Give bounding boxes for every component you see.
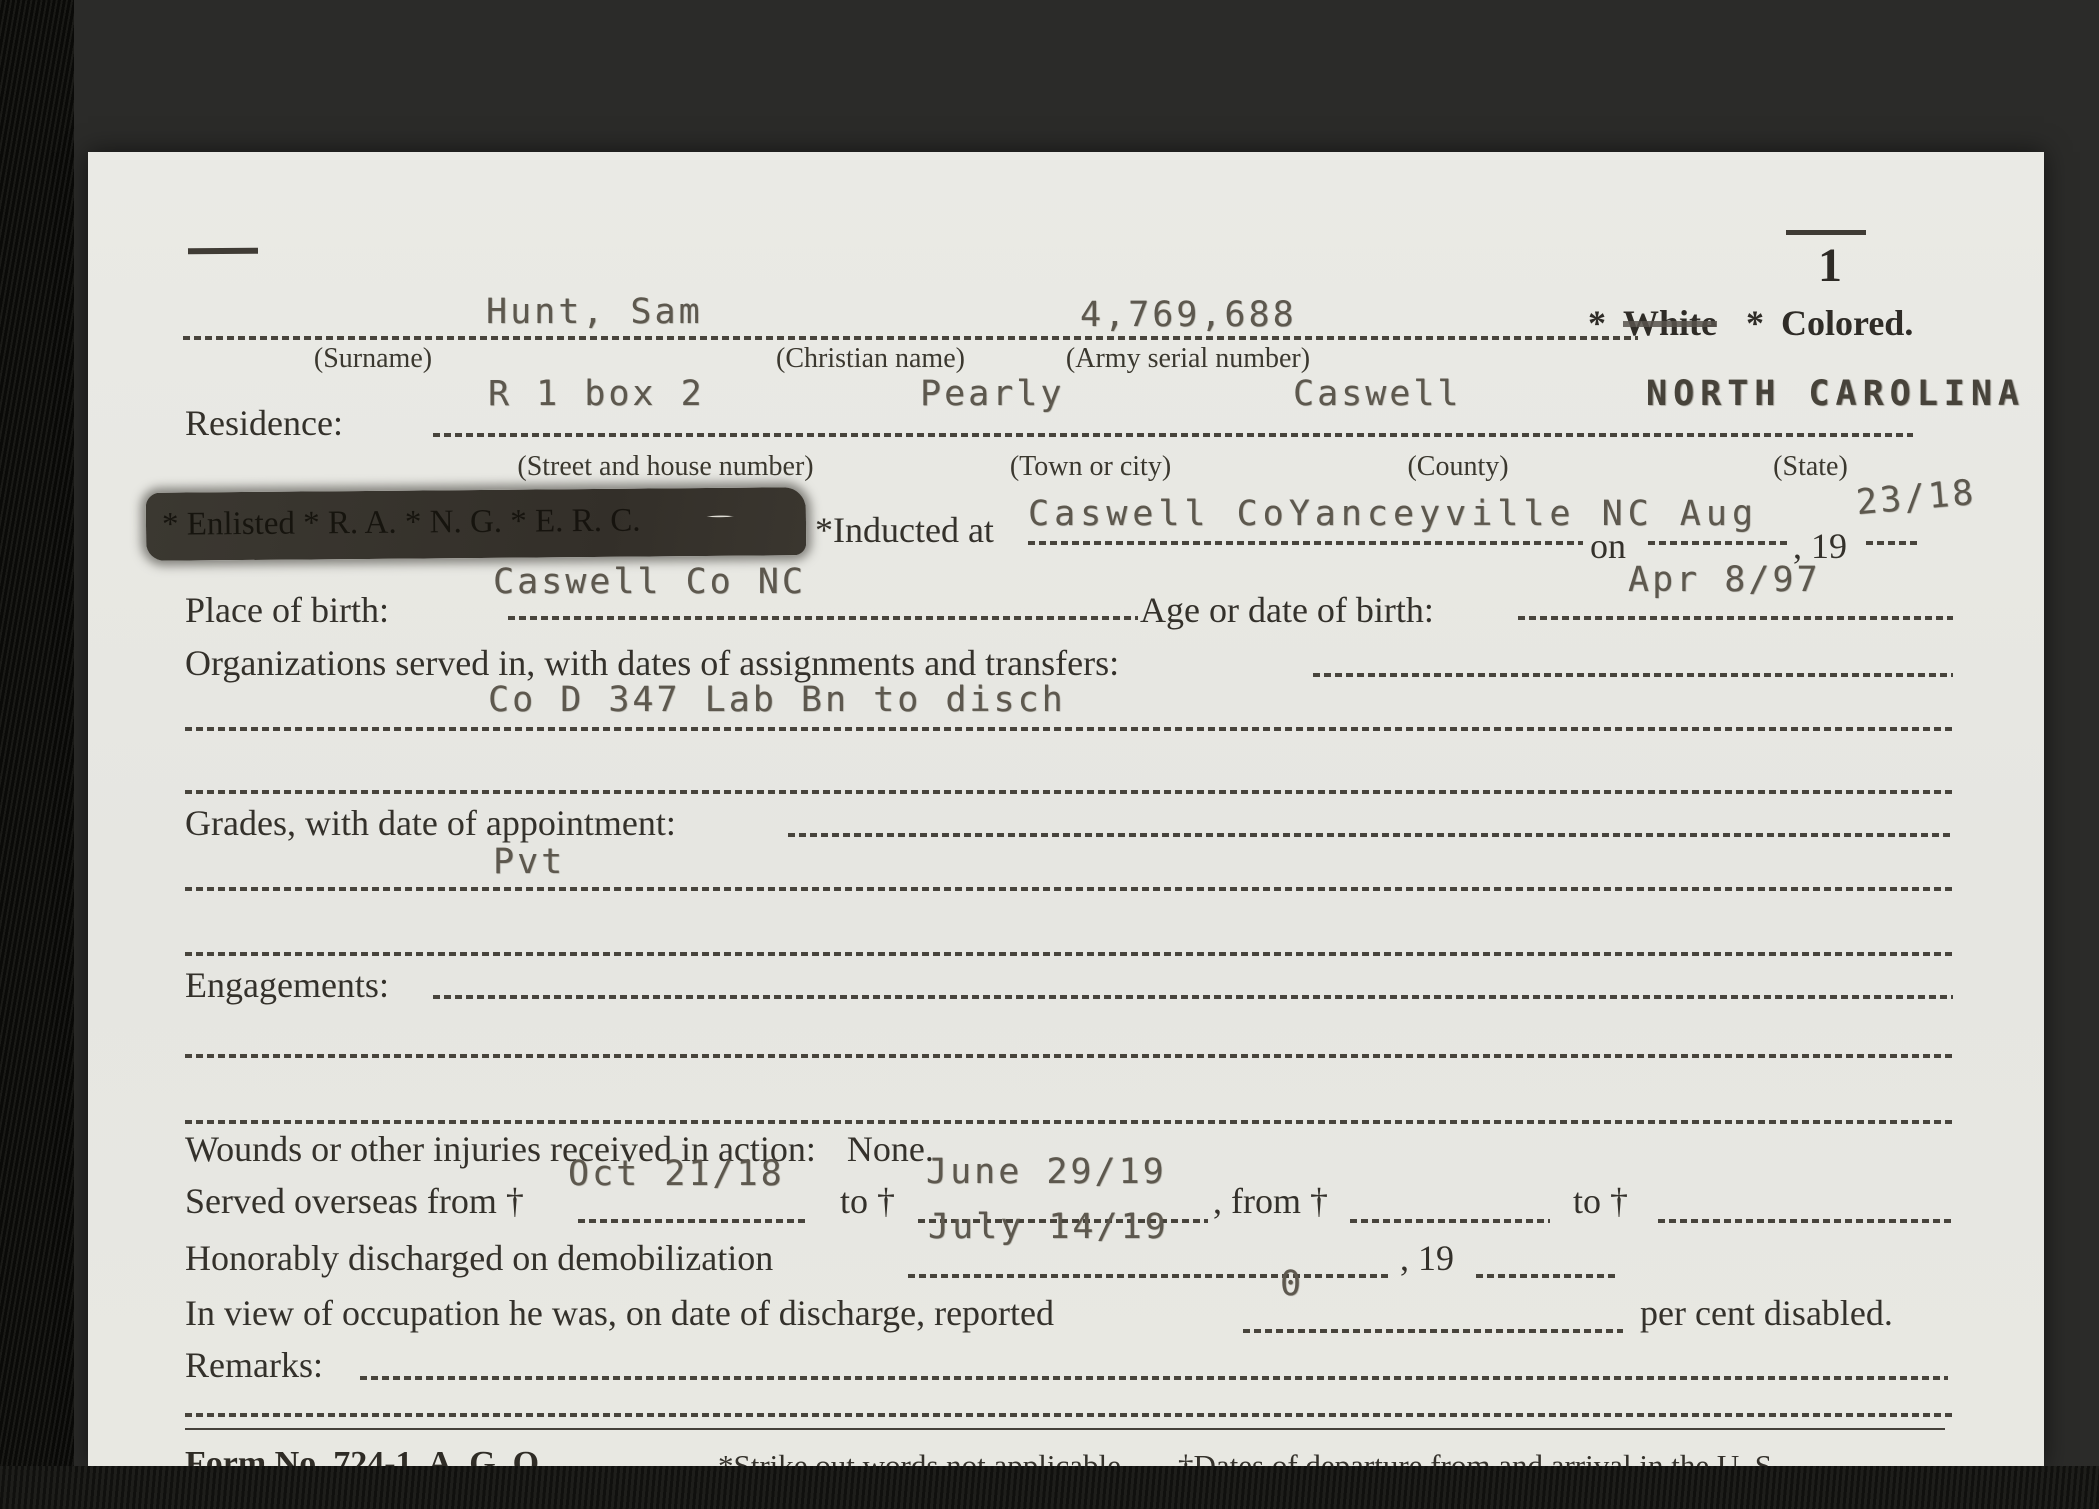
- army-serial-label: (Army serial number): [1023, 343, 1353, 375]
- grades-label: Grades, with date of appointment:: [185, 802, 676, 844]
- street-label: (Street and house number): [503, 451, 828, 483]
- grades-value: Pvt: [493, 842, 565, 882]
- dotted-fill-line: [1518, 616, 1953, 620]
- dotted-fill-line: [360, 1376, 1948, 1380]
- page-number-overline: [1786, 230, 1866, 235]
- induction-date-value: 23/18: [1856, 478, 1976, 518]
- place-of-birth-label: Place of birth:: [185, 589, 389, 631]
- dotted-fill-line: [185, 1413, 1953, 1417]
- dotted-fill-line: [1028, 541, 1583, 545]
- dotted-fill-line: [1476, 1274, 1616, 1278]
- dotted-fill-line: [1313, 673, 1953, 677]
- town-label: (Town or city): [963, 451, 1218, 483]
- organizations-label: Organizations served in, with dates of a…: [185, 642, 1119, 684]
- inducted-at-label: *Inducted at: [815, 509, 994, 551]
- page-number: 1: [1818, 238, 1842, 293]
- organizations-value: Co D 347 Lab Bn to disch: [488, 680, 1066, 720]
- disabled-label: In view of occupation he was, on date of…: [185, 1292, 1054, 1334]
- footnote-strike-out: *Strike out words not applicable.: [718, 1448, 1129, 1468]
- christian-name-label: (Christian name): [743, 343, 998, 375]
- place-of-birth-value: Caswell Co NC: [493, 562, 806, 602]
- dotted-fill-line: [1350, 1219, 1550, 1223]
- race-asterisk: *: [1588, 303, 1606, 343]
- dotted-fill-line: [185, 790, 1953, 794]
- redaction-smear: * Enlisted * R. A. * N. G. * E. R. C.: [146, 487, 807, 561]
- residence-street-value: R 1 box 2: [488, 374, 705, 414]
- dotted-fill-line: [508, 616, 1138, 620]
- service-record-card: 1 Hunt, Sam 4,769,688 * White * Colored.…: [88, 152, 2044, 1468]
- overseas-to-label: to †: [840, 1180, 895, 1222]
- discharge-label: Honorably discharged on demobilization: [185, 1237, 773, 1279]
- scan-bottom-edge-band: [0, 1466, 2099, 1509]
- overseas-to2-label: to †: [1573, 1180, 1628, 1222]
- dotted-fill-line: [1243, 1329, 1623, 1333]
- discharge-year-label: , 19: [1400, 1237, 1454, 1279]
- footnote-dates: †Dates of departure from and arrival in …: [1178, 1448, 1780, 1468]
- disabled-value: 0: [1280, 1264, 1304, 1304]
- residence-label: Residence:: [185, 402, 343, 444]
- check-dash-mark: [188, 248, 258, 254]
- remarks-label: Remarks:: [185, 1344, 323, 1386]
- scanned-service-record-page: 1 Hunt, Sam 4,769,688 * White * Colored.…: [0, 0, 2099, 1509]
- age-or-birth-label: Age or date of birth:: [1140, 589, 1434, 631]
- race-selection: * White * Colored.: [1588, 302, 1913, 344]
- dotted-fill-line: [433, 995, 1953, 999]
- overseas-from-value: Oct 21/18: [568, 1154, 785, 1194]
- age-or-birth-value: Apr 8/97: [1628, 560, 1821, 600]
- race-colored-option: Colored.: [1781, 303, 1913, 343]
- overseas-from2-label: , from †: [1213, 1180, 1328, 1222]
- residence-county-value: Caswell: [1293, 374, 1462, 414]
- scan-left-edge-band: [0, 0, 74, 1509]
- overseas-to-value: June 29/19: [926, 1152, 1167, 1192]
- residence-state-value: NORTH CAROLINA: [1646, 374, 2025, 414]
- footer-rule: [185, 1428, 1945, 1430]
- overseas-from-label: Served overseas from †: [185, 1180, 524, 1222]
- army-serial-value: 4,769,688: [1080, 295, 1297, 335]
- discharge-date-value: July 14/19: [928, 1207, 1169, 1247]
- dotted-fill-line: [1648, 541, 1788, 545]
- dotted-fill-line: [433, 433, 1913, 437]
- disabled-suffix: per cent disabled.: [1640, 1292, 1893, 1334]
- dotted-fill-line: [185, 1054, 1953, 1058]
- dotted-fill-line: [185, 1120, 1953, 1124]
- dotted-fill-line: [578, 1219, 808, 1223]
- struck-enlistment-options: * Enlisted * R. A. * N. G. * E. R. C.: [162, 503, 641, 544]
- surname-label: (Surname): [268, 343, 478, 375]
- dotted-fill-line: [185, 952, 1953, 956]
- engagements-label: Engagements:: [185, 964, 389, 1006]
- dotted-fill-line: [185, 887, 1953, 891]
- wounds-value: None.: [847, 1129, 934, 1169]
- dotted-fill-line: [1658, 1219, 1953, 1223]
- race-white-option: White: [1623, 303, 1717, 343]
- dotted-fill-line: [183, 336, 1638, 340]
- dotted-fill-line: [908, 1274, 1388, 1278]
- residence-town-value: Pearly: [920, 374, 1064, 414]
- wounds-row: Wounds or other injuries received in act…: [185, 1128, 934, 1170]
- surname-value: Hunt, Sam: [486, 292, 703, 332]
- county-label: (County): [1373, 451, 1543, 483]
- dotted-fill-line: [788, 833, 1953, 837]
- race-asterisk: *: [1746, 303, 1764, 343]
- form-number: Form No. 724-1, A. G. O.: [185, 1445, 548, 1468]
- dotted-fill-line: [1866, 541, 1921, 545]
- dotted-fill-line: [185, 727, 1953, 731]
- induction-place-value: Caswell CoYanceyville NC Aug: [1028, 494, 1758, 534]
- inducted-on-label: on: [1590, 525, 1626, 567]
